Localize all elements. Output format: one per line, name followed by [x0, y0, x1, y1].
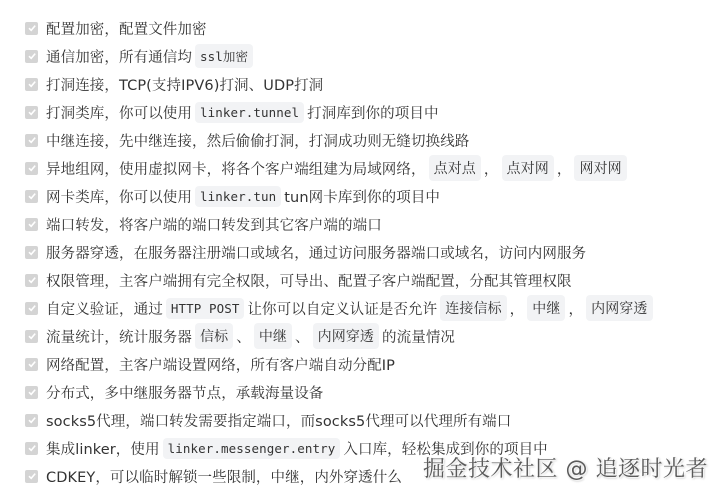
checked-checkbox-icon[interactable] [25, 22, 38, 35]
item-text: CDKEY，可以临时解锁一些限制，中继，内外穿透什么 [46, 466, 402, 487]
item-text: 的流量情况 [382, 326, 455, 347]
task-list-item: 服务器穿透，在服务器注册端口或域名，通过访问服务器端口或域名，访问内网服务 [25, 238, 656, 266]
checked-checkbox-icon[interactable] [25, 470, 38, 483]
checked-checkbox-icon[interactable] [25, 106, 38, 119]
watermark: 掘金技术社区 @ 追逐时光者 [423, 452, 708, 483]
task-list-item: 打洞连接，TCP(支持IPV6)打洞、UDP打洞 [25, 70, 656, 98]
item-text: 网络配置，主客户端设置网络，所有客户端自动分配IP [46, 354, 395, 375]
item-text: 打洞类库，你可以使用 [46, 102, 192, 123]
item-text: 流量统计，统计服务器 [46, 326, 192, 347]
task-list-item: 网络配置，主客户端设置网络，所有客户端自动分配IP [25, 350, 656, 378]
item-text: 通信加密，所有通信均 [46, 46, 192, 67]
task-list-item: 分布式，多中继服务器节点，承载海量设备 [25, 378, 656, 406]
inline-tag: 点对网 [502, 155, 554, 181]
checked-checkbox-icon[interactable] [25, 414, 38, 427]
checked-checkbox-icon[interactable] [25, 246, 38, 259]
item-text: 让你可以自定义认证是否允许 [247, 298, 437, 319]
task-list-item: 异地组网，使用虚拟网卡，将各个客户端组建为局域网络，点对点，点对网，网对网 [25, 154, 656, 182]
task-list-item: 打洞类库，你可以使用linker.tunnel打洞库到你的项目中 [25, 98, 656, 126]
checked-checkbox-icon[interactable] [25, 78, 38, 91]
item-text: ， [510, 298, 525, 319]
feature-task-list: 配置加密，配置文件加密通信加密，所有通信均ssl加密打洞连接，TCP(支持IPV… [25, 14, 656, 490]
checked-checkbox-icon[interactable] [25, 386, 38, 399]
task-list-item: 通信加密，所有通信均ssl加密 [25, 42, 656, 70]
item-text: socks5代理，端口转发需要指定端口，而socks5代理可以代理所有端口 [46, 410, 511, 431]
task-list-item: 网卡类库，你可以使用linker.tuntun网卡库到你的项目中 [25, 182, 656, 210]
inline-tag: 信标 [195, 323, 233, 349]
item-text: 分布式，多中继服务器节点，承载海量设备 [46, 382, 323, 403]
checked-checkbox-icon[interactable] [25, 330, 38, 343]
item-text: 权限管理，主客户端拥有完全权限，可导出、配置子客户端配置，分配其管理权限 [46, 270, 572, 291]
task-list-item: 自定义验证，通过HTTP POST让你可以自定义认证是否允许连接信标，中继，内网… [25, 294, 656, 322]
item-text: ， [484, 158, 499, 179]
item-text: 中继连接，先中继连接，然后偷偷打洞，打洞成功则无缝切换线路 [46, 130, 469, 151]
inline-code: HTTP POST [166, 298, 245, 319]
item-text: 异地组网，使用虚拟网卡，将各个客户端组建为局域网络， [46, 158, 426, 179]
checked-checkbox-icon[interactable] [25, 358, 38, 371]
checked-checkbox-icon[interactable] [25, 190, 38, 203]
checked-checkbox-icon[interactable] [25, 302, 38, 315]
inline-tag: 网对网 [574, 155, 626, 181]
inline-tag: 点对点 [429, 155, 481, 181]
inline-code: linker.tunnel [195, 102, 304, 123]
checked-checkbox-icon[interactable] [25, 134, 38, 147]
item-text: ， [557, 158, 572, 179]
item-text: 网卡类库，你可以使用 [46, 186, 192, 207]
item-text: 打洞库到你的项目中 [307, 102, 438, 123]
checked-checkbox-icon[interactable] [25, 50, 38, 63]
inline-tag: 连接信标 [440, 295, 506, 321]
inline-tag: 内网穿透 [586, 295, 652, 321]
task-list-item: 端口转发，将客户端的端口转发到其它客户端的端口 [25, 210, 656, 238]
checked-checkbox-icon[interactable] [25, 218, 38, 231]
checked-checkbox-icon[interactable] [25, 442, 38, 455]
item-text: 打洞连接，TCP(支持IPV6)打洞、UDP打洞 [46, 74, 323, 95]
item-text: 、 [295, 326, 310, 347]
inline-code: linker.tun [195, 186, 281, 207]
inline-code: linker.messenger.entry [163, 438, 341, 459]
inline-tag: 中继 [527, 295, 565, 321]
task-list-item: 中继连接，先中继连接，然后偷偷打洞，打洞成功则无缝切换线路 [25, 126, 656, 154]
item-text: 服务器穿透，在服务器注册端口或域名，通过访问服务器端口或域名，访问内网服务 [46, 242, 586, 263]
inline-tag: 中继 [254, 323, 292, 349]
checked-checkbox-icon[interactable] [25, 162, 38, 175]
checked-checkbox-icon[interactable] [25, 274, 38, 287]
task-list-item: socks5代理，端口转发需要指定端口，而socks5代理可以代理所有端口 [25, 406, 656, 434]
inline-code: ssl加密 [195, 44, 253, 68]
item-text: 、 [236, 326, 251, 347]
task-list-item: 权限管理，主客户端拥有完全权限，可导出、配置子客户端配置，分配其管理权限 [25, 266, 656, 294]
task-list-item: 流量统计，统计服务器信标、中继、内网穿透的流量情况 [25, 322, 656, 350]
item-text: 配置加密，配置文件加密 [46, 18, 207, 39]
item-text: 集成linker，使用 [46, 438, 160, 459]
task-list-item: 配置加密，配置文件加密 [25, 14, 656, 42]
item-text: ， [568, 298, 583, 319]
inline-tag: 内网穿透 [313, 323, 379, 349]
item-text: 端口转发，将客户端的端口转发到其它客户端的端口 [46, 214, 382, 235]
item-text: tun网卡库到你的项目中 [284, 186, 440, 207]
item-text: 自定义验证，通过 [46, 298, 163, 319]
